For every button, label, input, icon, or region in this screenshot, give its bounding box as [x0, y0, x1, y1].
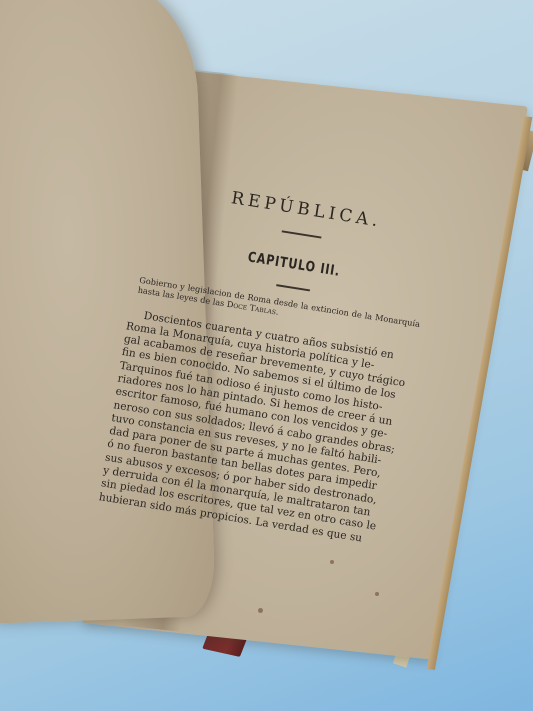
- chapter-heading: CAPITULO III.: [167, 237, 399, 289]
- foxing-spot: [375, 592, 379, 596]
- photo-scene: REPÚBLICA. CAPITULO III. Gobierno y legi…: [0, 0, 533, 711]
- rule-divider: [276, 284, 310, 291]
- page-text: REPÚBLICA. CAPITULO III. Gobierno y legi…: [98, 175, 437, 549]
- foxing-spot: [330, 560, 334, 564]
- page-edge: [427, 116, 532, 670]
- ornament-divider: [282, 230, 322, 238]
- foxing-spot: [258, 608, 263, 613]
